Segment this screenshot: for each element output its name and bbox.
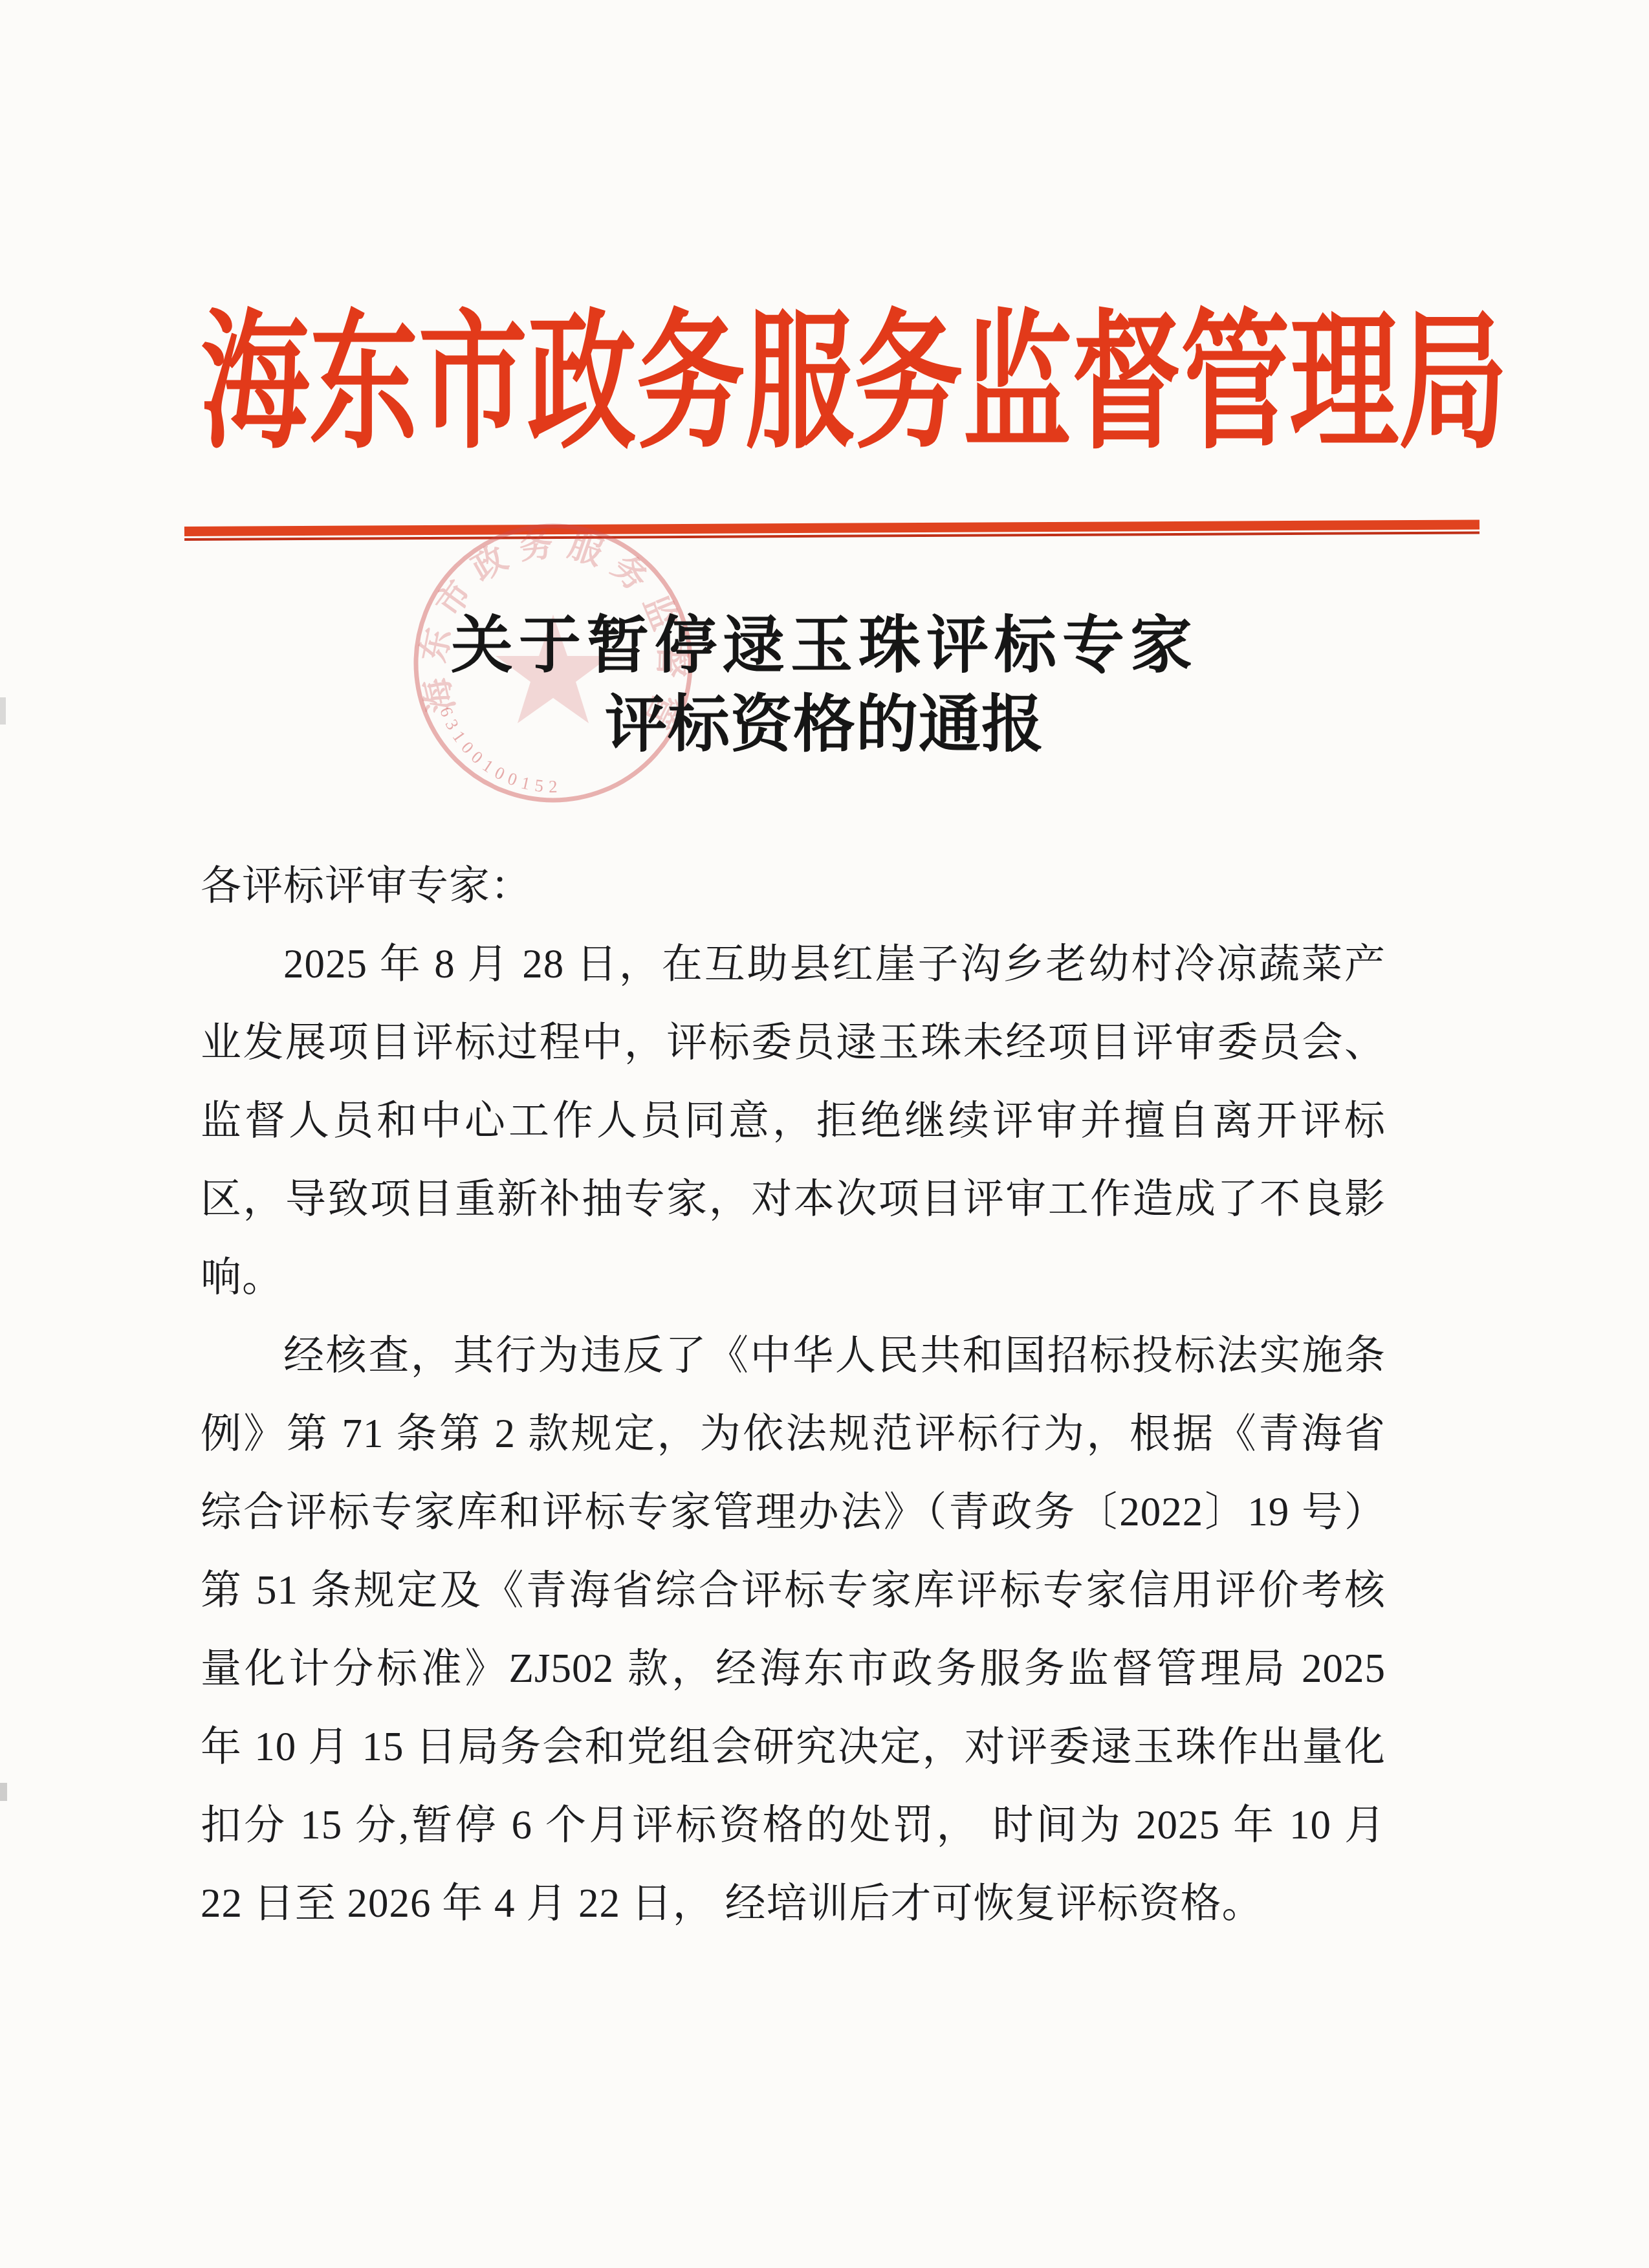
body-line: 2025 年 8 月 28 日，在互助县红崖子沟乡老幼村冷凉蔬菜产 [201,925,1386,1003]
title-line-2: 评标资格的通报 [0,685,1649,764]
body-line: 第 51 条规定及《青海省综合评标专家库评标专家信用评价考核 [201,1551,1386,1630]
body-line: 例》第 71 条第 2 款规定，为依法规范评标行为，根据《青海省 [201,1395,1386,1473]
body-line: 区，导致项目重新补抽专家，对本次项目评审工作造成了不良影 [201,1160,1386,1238]
scan-artifact [0,697,6,725]
body-line: 经核查，其行为违反了《中华人民共和国招标投标法实施条 [201,1316,1386,1395]
greeting-line: 各评标评审专家： [201,847,1386,925]
scan-artifact [0,1783,7,1801]
body-line: 量化计分标准》ZJ502 款，经海东市政务服务监督管理局 2025 [201,1630,1386,1708]
body-line: 年 10 月 15 日局务会和党组会研究决定，对评委逯玉珠作出量化 [201,1708,1386,1786]
body-line: 扣分 15 分,暂停 6 个月评标资格的处罚， 时间为 2025 年 10 月 [201,1786,1386,1864]
title-line-1: 关于暂停逯玉珠评标专家 [0,606,1649,685]
document-page: 海东市政务服务监督管理局 海东市政务服务监督管理局 63100100152 关于… [0,0,1649,2268]
body-line: 22 日至 2026 年 4 月 22 日， 经培训后才可恢复评标资格。 [201,1864,1386,1943]
document-title: 关于暂停逯玉珠评标专家 评标资格的通报 [0,606,1649,764]
body-line: 监督人员和中心工作人员同意，拒绝继续评审并擅自离开评标 [201,1082,1386,1160]
body-line: 响。 [201,1238,1386,1316]
header-rule [184,520,1480,541]
body-line: 业发展项目评标过程中，评标委员逯玉珠未经项目评审委员会、 [201,1003,1386,1082]
body-line: 综合评标专家库和评标专家管理办法》（青政务〔2022〕19 号） [201,1473,1386,1551]
document-body: 各评标评审专家： 2025 年 8 月 28 日，在互助县红崖子沟乡老幼村冷凉蔬… [201,847,1386,1943]
agency-header: 海东市政务服务监督管理局 [201,309,1399,468]
agency-header-text: 海东市政务服务监督管理局 [201,309,1507,458]
